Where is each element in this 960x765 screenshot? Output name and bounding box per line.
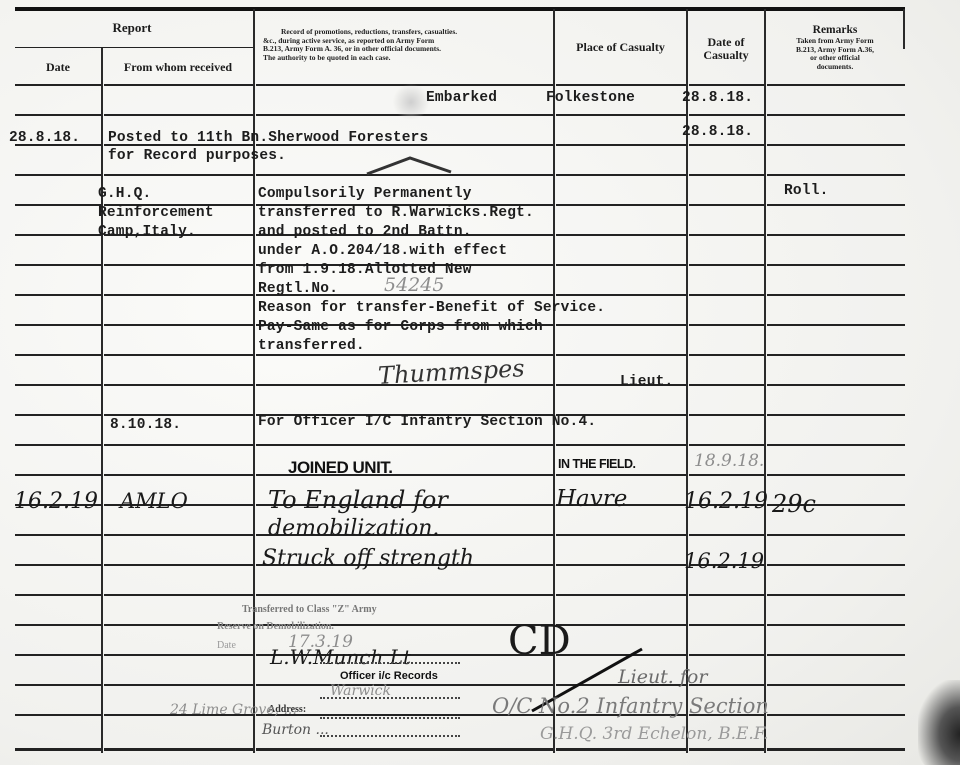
- footer-signature-line2: O/C No.2 Infantry Section: [492, 694, 769, 718]
- edge-shadow: [918, 680, 960, 765]
- row-rule: [556, 114, 686, 116]
- demob-record-line1: To England for: [268, 486, 448, 514]
- header-place: Place of Casualty: [555, 40, 686, 55]
- row-rule: [556, 444, 686, 446]
- entry-embarked-place: Folkestone: [546, 89, 635, 107]
- footer-signature-line3: G.H.Q. 3rd Echelon, B.E.F.: [540, 724, 768, 744]
- row-rule: [556, 234, 686, 236]
- records-officer-signature: L.W.Munch Lt: [270, 645, 411, 669]
- record-card: Report Date From whom received Record of…: [0, 0, 960, 765]
- col-divider-date: [101, 48, 103, 753]
- row-rule: [104, 534, 253, 536]
- row-rule: [767, 264, 905, 266]
- row-rule: [689, 748, 764, 751]
- row-rule: [15, 264, 101, 266]
- row-rule: [767, 84, 905, 86]
- row-rule: [104, 84, 253, 86]
- stamp-dotted-rule: [320, 662, 460, 664]
- row-rule: [15, 564, 101, 566]
- row-rule: [104, 564, 253, 566]
- row-rule: [104, 474, 253, 476]
- row-rule: [689, 204, 764, 206]
- row-rule: [15, 114, 101, 116]
- row-rule: [104, 654, 253, 656]
- col-divider-report: [253, 9, 255, 753]
- row-rule: [556, 624, 686, 626]
- entry-transfer-record-line3: and posted to 2nd Battn.: [258, 223, 472, 241]
- row-rule: [556, 84, 686, 86]
- row-rule: [556, 354, 686, 356]
- demob-record-line3: Struck off strength: [262, 546, 474, 571]
- row-rule: [556, 204, 686, 206]
- row-rule: [767, 684, 905, 686]
- row-rule: [256, 684, 553, 686]
- row-rule: [15, 534, 101, 536]
- row-rule: [689, 114, 764, 116]
- demob-place: Havre: [556, 486, 627, 512]
- reserve-address-line2: Burton ...: [262, 722, 329, 738]
- stamp-dotted-rule: [320, 717, 460, 719]
- row-rule: [689, 594, 764, 596]
- row-rule: [15, 624, 101, 626]
- row-rule: [15, 324, 101, 326]
- row-rule: [15, 414, 101, 416]
- row-rule: [556, 534, 686, 536]
- entry-transfer-from-line2: Reinforcement: [98, 204, 214, 222]
- entry-posted-casualty-date: 28.8.18.: [682, 123, 753, 141]
- row-rule: [767, 474, 905, 476]
- demob-casualty-date: 16.2.19: [684, 489, 768, 514]
- row-rule: [767, 748, 905, 751]
- row-rule: [556, 748, 686, 751]
- entry-embarked-record: Embarked: [426, 89, 497, 107]
- row-rule: [256, 444, 553, 446]
- row-rule: [15, 714, 101, 716]
- entry-officer-record: For Officer I/C Infantry Section No.4.: [258, 413, 596, 431]
- row-rule: [767, 354, 905, 356]
- joined-unit-stamp: JOINED UNIT.: [288, 458, 393, 478]
- row-rule: [104, 294, 253, 296]
- entry-posted-record-line1: Posted to 11th Bn.Sherwood Foresters: [108, 129, 428, 147]
- entry-transfer-record-line2: transferred to R.Warwicks.Regt.: [258, 204, 534, 222]
- row-rule: [256, 748, 553, 751]
- demob-date: 16.2.19: [14, 489, 98, 514]
- struck-off-date: 16.2.19: [684, 549, 764, 573]
- row-rule: [15, 474, 101, 476]
- row-rule: [15, 748, 101, 751]
- row-rule: [689, 654, 764, 656]
- entry-embarked-date: 28.8.18.: [682, 89, 753, 107]
- caret-mark: [365, 152, 455, 178]
- entry-posted-date: 28.8.18.: [9, 129, 80, 147]
- row-rule: [556, 324, 686, 326]
- entry-transfer-reason-line1: Reason for transfer-Benefit of Service.: [258, 299, 605, 317]
- in-the-field-stamp: IN THE FIELD.: [558, 457, 636, 471]
- demob-from: AMLO: [120, 489, 188, 513]
- reserve-stamp-line2: Reserve on Demobilization.: [217, 621, 334, 632]
- row-rule: [15, 84, 101, 86]
- row-rule: [104, 384, 253, 386]
- row-rule: [15, 204, 101, 206]
- row-rule: [767, 714, 905, 716]
- row-rule: [767, 174, 905, 176]
- row-rule: [104, 594, 253, 596]
- row-rule: [15, 234, 101, 236]
- row-rule: [767, 564, 905, 566]
- header-date: Date: [15, 60, 101, 75]
- row-rule: [15, 654, 101, 656]
- row-rule: [104, 684, 253, 686]
- row-rule: [767, 534, 905, 536]
- row-rule: [104, 444, 253, 446]
- row-rule: [104, 264, 253, 266]
- row-rule: [15, 174, 101, 176]
- row-rule: [15, 684, 101, 686]
- entry-transfer-from-line3: Camp,Italy.: [98, 223, 196, 241]
- row-rule: [15, 354, 101, 356]
- row-rule: [689, 84, 764, 86]
- row-rule: [689, 174, 764, 176]
- officer-ic-records-label: Officer i/c Records: [340, 670, 438, 682]
- report-subheader-rule: [15, 47, 253, 48]
- row-rule: [767, 594, 905, 596]
- row-rule: [689, 414, 764, 416]
- row-rule: [104, 354, 253, 356]
- row-rule: [104, 114, 253, 116]
- row-rule: [689, 264, 764, 266]
- row-rule: [767, 234, 905, 236]
- row-rule: [767, 114, 905, 116]
- row-rule: [689, 444, 764, 446]
- col-divider-place: [686, 9, 688, 753]
- row-rule: [767, 444, 905, 446]
- row-rule: [689, 324, 764, 326]
- entry-officer-date: 8.10.18.: [110, 416, 181, 434]
- demob-record-line2: demobilization.: [268, 516, 439, 541]
- row-rule: [767, 294, 905, 296]
- row-rule: [689, 354, 764, 356]
- row-rule: [689, 534, 764, 536]
- entry-transfer-record-line4: under A.O.204/18.with effect: [258, 242, 507, 260]
- entry-transfer-from-line1: G.H.Q.: [98, 185, 151, 203]
- row-rule: [556, 174, 686, 176]
- entry-transfer-remarks: Roll.: [784, 182, 829, 200]
- reserve-stamp-date-label: Date: [217, 640, 236, 651]
- row-rule: [767, 204, 905, 206]
- reserve-address-line1: 24 Lime Grove, ...: [170, 702, 297, 718]
- row-rule: [556, 594, 686, 596]
- row-rule: [689, 294, 764, 296]
- stamp-dotted-rule: [320, 735, 460, 737]
- row-rule: [556, 564, 686, 566]
- row-rule: [767, 144, 905, 146]
- new-regimental-number: 54245: [384, 274, 444, 296]
- stamp-dotted-rule: [320, 697, 460, 699]
- row-rule: [556, 264, 686, 266]
- row-rule: [767, 414, 905, 416]
- row-rule: [256, 594, 553, 596]
- entry-posted-record-line2: for Record purposes.: [108, 147, 286, 165]
- row-rule: [689, 474, 764, 476]
- header-remarks: Remarks Taken from Army Form B.213, Army…: [766, 24, 904, 71]
- joined-unit-date: 18.9.18.: [694, 451, 764, 471]
- row-rule: [767, 324, 905, 326]
- row-rule: [689, 384, 764, 386]
- top-rule: [15, 7, 905, 11]
- row-rule: [104, 174, 253, 176]
- row-rule: [556, 474, 686, 476]
- entry-transfer-reason-line3: transferred.: [258, 337, 365, 355]
- row-rule: [15, 384, 101, 386]
- row-rule: [767, 654, 905, 656]
- row-rule: [15, 594, 101, 596]
- row-rule: [556, 144, 686, 146]
- row-rule: [15, 444, 101, 446]
- entry-transfer-reason-line2: Pay-Same as for Corps from which: [258, 318, 543, 336]
- demob-remarks: 29c: [772, 490, 816, 518]
- header-from-whom: From whom received: [103, 60, 253, 75]
- row-rule: [104, 748, 253, 751]
- entry-transfer-record-line6: Regtl.No.: [258, 280, 338, 298]
- row-rule: [767, 384, 905, 386]
- header-report: Report: [102, 20, 162, 36]
- header-date-casualty: Date of Casualty: [688, 36, 764, 62]
- col-divider-casualty-date: [764, 9, 766, 753]
- reserve-stamp-line1: Transferred to Class "Z" Army: [242, 604, 377, 615]
- row-rule: [104, 324, 253, 326]
- header-record: Record of promotions, reductions, transf…: [263, 28, 553, 62]
- row-rule: [767, 624, 905, 626]
- row-rule: [689, 144, 764, 146]
- entry-transfer-record-line1: Compulsorily Permanently: [258, 185, 472, 203]
- footer-signature-line1: Lieut. for: [618, 666, 707, 688]
- ink-smudge: [392, 84, 430, 120]
- row-rule: [689, 234, 764, 236]
- row-rule: [689, 624, 764, 626]
- row-rule: [556, 294, 686, 296]
- signature-rank: Lieut.: [620, 373, 673, 391]
- row-rule: [15, 294, 101, 296]
